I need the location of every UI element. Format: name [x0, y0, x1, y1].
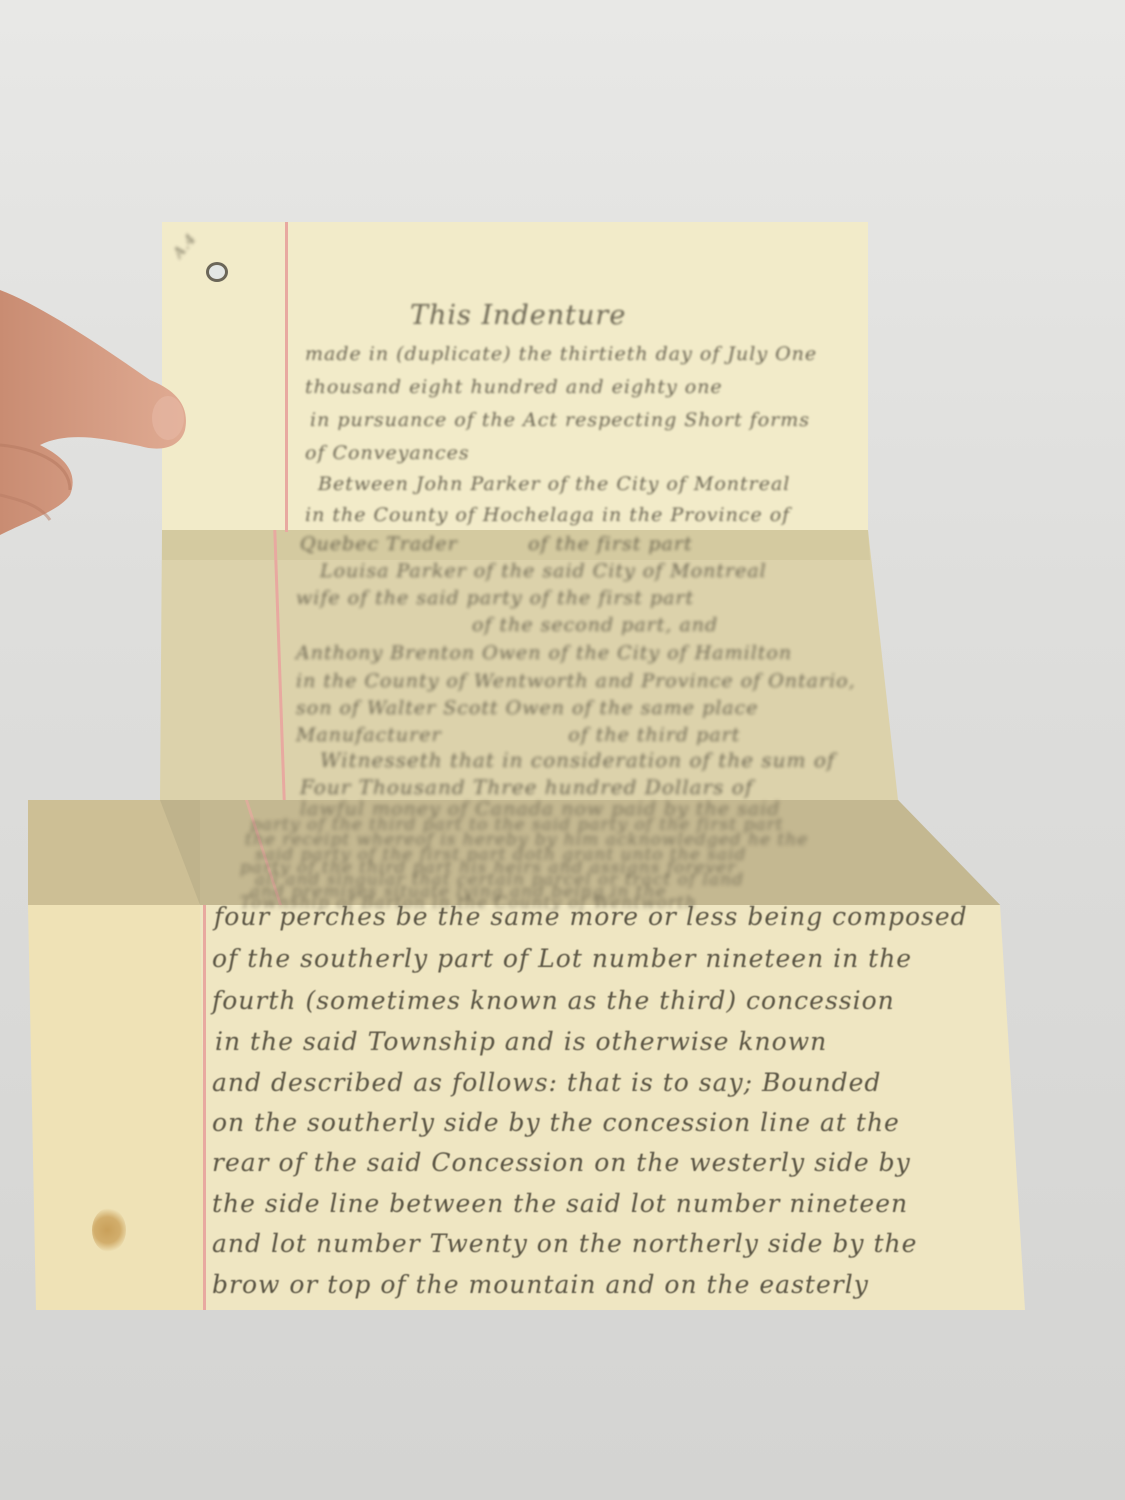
text-line: of the southerly part of Lot number nine…	[212, 944, 912, 973]
text-line: rear of the said Concession on the weste…	[212, 1148, 911, 1177]
text-line: Manufacturer of the third part	[296, 724, 740, 746]
text-line: four perches be the same more or less be…	[214, 902, 968, 931]
text-line: in pursuance of the Act respecting Short…	[310, 409, 810, 431]
punch-hole	[206, 262, 228, 282]
text-line: son of Walter Scott Owen of the same pla…	[296, 697, 759, 719]
text-line: fourth (sometimes known as the third) co…	[212, 986, 895, 1015]
paper-stain	[92, 1208, 126, 1252]
text-line: wife of the said party of the first part	[296, 587, 694, 609]
text-line: of the second part, and	[296, 614, 718, 636]
text-line: thousand eight hundred and eighty one	[305, 376, 723, 398]
document-title: This Indenture	[410, 300, 626, 331]
text-line: Quebec Trader of the first part	[300, 533, 693, 555]
photo-scene: A.4 This Indenture made in (duplicate) t…	[0, 0, 1125, 1500]
text-line: Witnesseth that in consideration of the …	[320, 748, 835, 772]
text-line: brow or top of the mountain and on the e…	[212, 1270, 869, 1299]
text-line: in the County of Wentworth and Province …	[296, 670, 856, 692]
text-line: of Conveyances	[305, 442, 470, 464]
hand	[0, 270, 200, 590]
text-line: Louisa Parker of the said City of Montre…	[320, 560, 767, 582]
text-line: made in (duplicate) the thirtieth day of…	[305, 343, 817, 365]
text-line: in the said Township and is otherwise kn…	[215, 1027, 827, 1056]
text-line: Between John Parker of the City of Montr…	[318, 473, 790, 495]
text-line: and described as follows: that is to say…	[212, 1068, 881, 1097]
text-line: the side line between the said lot numbe…	[212, 1189, 908, 1218]
text-line: and lot number Twenty on the northerly s…	[212, 1229, 917, 1258]
text-line: on the southerly side by the concession …	[212, 1108, 900, 1137]
text-line: in the County of Hochelaga in the Provin…	[305, 504, 790, 526]
margin-line-top	[285, 222, 288, 532]
text-line: Anthony Brenton Owen of the City of Hami…	[296, 642, 792, 664]
text-line: Four Thousand Three hundred Dollars of	[300, 775, 753, 799]
margin-line-bottom	[203, 905, 206, 1310]
